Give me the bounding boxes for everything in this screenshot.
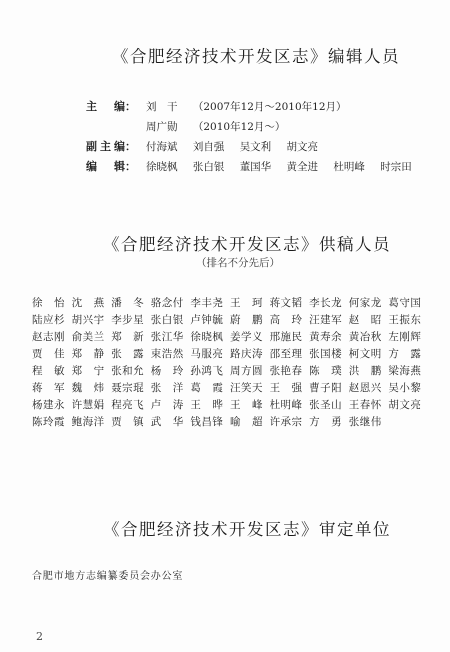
contributor-name: 姜学义 (230, 329, 270, 346)
editor-term: （2010年12月～） (193, 121, 286, 133)
role-char: 主 (100, 138, 111, 154)
contributor-name: 张艳春 (270, 363, 310, 380)
contributor-name: 葛 霞 (190, 380, 230, 397)
contributor-name: 胡兴宇 (72, 312, 112, 329)
editor-name: 吴文利 (240, 141, 272, 153)
contributor-name: 俞美兰 (72, 329, 112, 346)
contributor-name: 何家龙 (349, 295, 389, 312)
role-label: 副 主 编： (86, 138, 136, 154)
contributor-name: 赵恩兴 (349, 380, 389, 397)
role-label: 主 编： (86, 98, 136, 114)
contributor-name (388, 414, 428, 431)
contributor-name: 杨建永 (32, 397, 72, 414)
contributor-name: 左刚辉 (388, 329, 428, 346)
contributor-name: 魏 炜 (72, 380, 112, 397)
contributors-grid: 徐 怡沈 燕潘 冬骆念付李丰尧王 珂蒋文韬李长龙何家龙葛守国陆应杉胡兴宇李步星张… (32, 295, 442, 431)
editor-name: 刘 干 (146, 101, 178, 113)
contributor-name: 蒋文韬 (270, 295, 310, 312)
editor-name: 周广勋 (146, 121, 178, 133)
contributor-name: 徐 怡 (32, 295, 72, 312)
editor-row-deputy: 副 主 编： 付海斌 刘自强 吴文利 胡文亮 (86, 136, 424, 156)
contributor-name: 束浩然 (151, 346, 191, 363)
role-char: 辑： (114, 158, 136, 174)
contributor-name: 方 勇 (309, 414, 349, 431)
role-char: 编 (86, 158, 97, 174)
contributor-name: 钱昌锋 (190, 414, 230, 431)
role-char: 编： (114, 138, 136, 154)
role-char: 副 (86, 138, 97, 154)
contributor-name: 张和允 (111, 363, 151, 380)
contributor-name: 葛守国 (388, 295, 428, 312)
contributor-name: 赵志刚 (32, 329, 72, 346)
contributor-name: 徐晓枫 (190, 329, 230, 346)
contributor-name: 陈 璞 (309, 363, 349, 380)
contributor-name: 贾 镇 (111, 414, 151, 431)
contributor-name: 黄寿余 (309, 329, 349, 346)
role-char: 主 (86, 98, 97, 114)
contributor-name: 王振东 (388, 312, 428, 329)
review-heading: 《合肥经济技术开发区志》审定单位 (103, 516, 391, 540)
contributor-name: 骆念付 (151, 295, 191, 312)
editors-list: 主 编： 刘 干 （2007年12月～2010年12月） 主编： 周广勋 （20… (86, 96, 424, 176)
role-char: 编： (114, 98, 136, 114)
contributor-name: 郑 宁 (72, 363, 112, 380)
review-unit: 合肥市地方志编纂委员会办公室 (32, 567, 183, 582)
contributor-name: 王 晔 (190, 397, 230, 414)
contributor-name: 王 珂 (230, 295, 270, 312)
contributor-name: 张圣山 (309, 397, 349, 414)
editor-row-chief-2: 主编： 周广勋 （2010年12月～） (86, 116, 424, 136)
contributor-name: 吴小黎 (388, 380, 428, 397)
contributors-note: （排名不分先后） (196, 255, 280, 270)
contributor-name: 沈 燕 (72, 295, 112, 312)
contributor-name: 李步星 (111, 312, 151, 329)
editor-name: 董国华 (240, 161, 272, 173)
contributor-name: 李丰尧 (190, 295, 230, 312)
contributor-name: 洪 鹏 (349, 363, 389, 380)
contributor-name: 卢 涛 (151, 397, 191, 414)
editor-names: 付海斌 刘自强 吴文利 胡文亮 (146, 139, 330, 154)
contributor-name: 鲍海洋 (72, 414, 112, 431)
contributor-name: 程亮飞 (111, 397, 151, 414)
contributor-name: 陆应杉 (32, 312, 72, 329)
editor-row-editors: 编 辑： 徐晓枫 张白银 董国华 黄全进 杜明峰 时宗田 (86, 156, 424, 176)
contributor-name: 王 峰 (230, 397, 270, 414)
contributor-name: 张 洋 (151, 380, 191, 397)
contributor-name: 陈玲霞 (32, 414, 72, 431)
contributor-name: 张国楼 (309, 346, 349, 363)
contributor-name: 郑 新 (111, 329, 151, 346)
contributor-name: 张白银 (151, 312, 191, 329)
contributor-name: 喻 超 (230, 414, 270, 431)
contributor-name: 邵至理 (270, 346, 310, 363)
contributor-name: 蒋 军 (32, 380, 72, 397)
editor-names: 周广勋 （2010年12月～） (146, 119, 297, 134)
contributor-name: 孙鸿飞 (190, 363, 230, 380)
contributor-name: 胡文亮 (388, 397, 428, 414)
contributor-name: 邢施民 (270, 329, 310, 346)
role-label: 编 辑： (86, 158, 136, 174)
contributor-name: 曹子阳 (309, 380, 349, 397)
editor-name: 徐晓枫 (146, 161, 178, 173)
contributor-name: 郑 静 (72, 346, 112, 363)
contributor-name: 方 露 (388, 346, 428, 363)
contributor-name: 杨 玲 (151, 363, 191, 380)
contributor-name: 路庆涛 (230, 346, 270, 363)
contributor-name: 聂宗琨 (111, 380, 151, 397)
contributor-name: 杜明峰 (270, 397, 310, 414)
contributor-name: 蔚 鹏 (230, 312, 270, 329)
contributor-name: 王 强 (270, 380, 310, 397)
contributor-name: 梁海燕 (388, 363, 428, 380)
contributor-name: 柯文明 (349, 346, 389, 363)
editor-term: （2007年12月～2010年12月） (193, 101, 347, 113)
contributor-name: 张 露 (111, 346, 151, 363)
editor-name: 时宗田 (380, 161, 412, 173)
contributor-name: 黄冶秋 (349, 329, 389, 346)
contributors-heading: 《合肥经济技术开发区志》供稿人员 (103, 231, 391, 255)
editor-row-chief: 主 编： 刘 干 （2007年12月～2010年12月） (86, 96, 424, 116)
editors-heading: 《合肥经济技术开发区志》编辑人员 (112, 43, 400, 67)
contributor-name: 赵 昭 (349, 312, 389, 329)
contributor-name: 马服亮 (190, 346, 230, 363)
contributor-name: 许承宗 (270, 414, 310, 431)
editor-names: 刘 干 （2007年12月～2010年12月） (146, 99, 359, 114)
editor-name: 杜明峰 (333, 161, 365, 173)
editor-names: 徐晓枫 张白银 董国华 黄全进 杜明峰 时宗田 (146, 159, 424, 174)
editor-name: 付海斌 (146, 141, 178, 153)
contributor-name: 潘 冬 (111, 295, 151, 312)
contributor-name: 张继伟 (349, 414, 389, 431)
contributor-name: 许慧娟 (72, 397, 112, 414)
contributor-name: 高 玲 (270, 312, 310, 329)
contributor-name: 周方圆 (230, 363, 270, 380)
contributor-name: 张江华 (151, 329, 191, 346)
page-number: 2 (36, 630, 43, 643)
editor-name: 刘自强 (193, 141, 225, 153)
document-page: 《合肥经济技术开发区志》编辑人员 主 编： 刘 干 （2007年12月～2010… (0, 0, 450, 652)
contributor-name: 李长龙 (309, 295, 349, 312)
contributor-name: 卢钟毓 (190, 312, 230, 329)
contributor-name: 王春怀 (349, 397, 389, 414)
contributor-name: 程 敏 (32, 363, 72, 380)
editor-name: 胡文亮 (287, 141, 319, 153)
contributor-name: 汪建军 (309, 312, 349, 329)
contributor-name: 汪笑天 (230, 380, 270, 397)
contributor-name: 武 华 (151, 414, 191, 431)
editor-name: 黄全进 (287, 161, 319, 173)
editor-name: 张白银 (193, 161, 225, 173)
contributor-name: 贾 佳 (32, 346, 72, 363)
